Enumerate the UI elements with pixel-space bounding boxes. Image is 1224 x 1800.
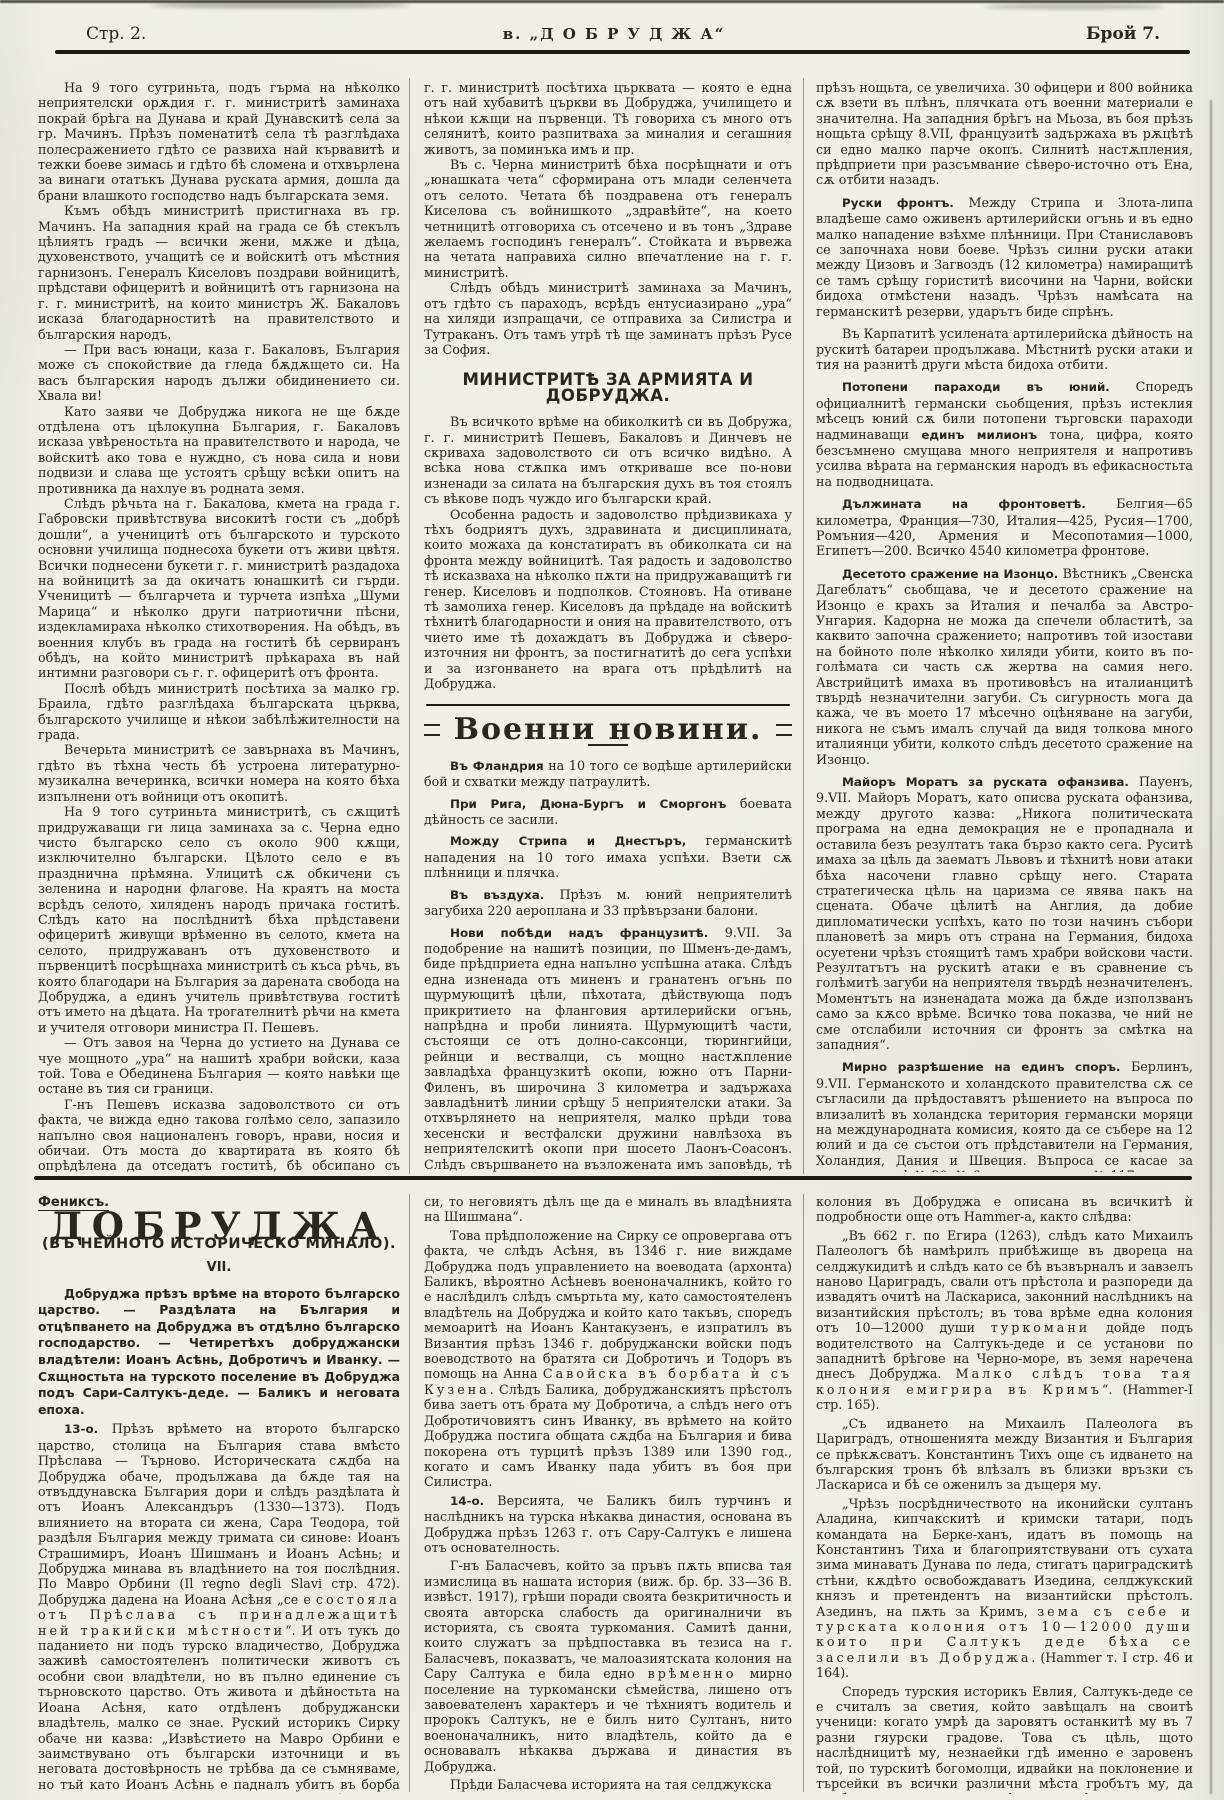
letterspaced-text: состояла отъ Прѣслава съ принадлежащитѣ …: [38, 1592, 400, 1638]
paragraph: При Рига, Дюна-Бургъ и Сморгонъ боевата …: [424, 796, 792, 828]
feuilleton-title: ДОБРУДЖА: [38, 1219, 400, 1234]
section-headline-text: Военни новини.: [454, 722, 763, 737]
paragraph: Въ Фландрия на 10 того се водѣше артилер…: [424, 758, 792, 790]
paragraph-lead: При Рига, Дюна-Бургъ и Сморгонъ: [450, 797, 726, 811]
masthead: Стр. 2. в. „Д О Б Р У Д Ж А“ Брой 7.: [38, 24, 1190, 44]
headline-ornament-left: [424, 724, 440, 736]
feuilleton-column-3: колония въ Добруджа е описана въ всичкит…: [816, 1194, 1193, 1794]
section-headline: Военни новини.: [424, 722, 792, 737]
paragraph: колония въ Добруджа е описана въ всичкит…: [816, 1194, 1193, 1225]
issue-number: Брой 7.: [725, 24, 1190, 44]
paragraph: Послѣ обѣдъ министритѣ посѣтиха за малко…: [38, 681, 400, 743]
paragraph: 14-о. Версията, че Баликъ билъ турчинъ и…: [424, 1493, 792, 1556]
newspaper-title: в. „Д О Б Р У Д Ж А“: [503, 25, 726, 43]
paragraph-lead: 14-о.: [450, 1494, 484, 1508]
headline-ornament-right: [776, 724, 792, 736]
paragraph-lead: Можду Стрипа и Днестъръ,: [450, 834, 686, 848]
paragraph: 13-о. Прѣзъ врѣмето на второто българско…: [38, 1421, 400, 1794]
paragraph: „Въ 662 г. по Егира (1263), слѣдъ като М…: [816, 1228, 1193, 1413]
paragraph: „Чрѣзъ посрѣдничеството на иконийски сул…: [816, 1496, 1193, 1681]
letterspaced-text: туркомани: [991, 1320, 1091, 1335]
top-column-3: прѣзъ нощьта, се увеличиха. 30 офицери и…: [816, 80, 1193, 1172]
paragraph: Потопени параходи въ юний. Споредъ офици…: [816, 379, 1193, 489]
paragraph-lead: Въ Фландрия: [450, 759, 544, 773]
newspaper-page: Стр. 2. в. „Д О Б Р У Д Ж А“ Брой 7. На …: [0, 0, 1224, 1800]
paragraph: Майоръ Моратъ за руската офанзива. Пауен…: [816, 774, 1193, 1052]
column-rule: [409, 78, 410, 1174]
paragraph: Въ с. Черна министритѣ бѣха посрѣщнати и…: [424, 157, 792, 280]
paragraph: Г-нъ Пешевъ исказва задоволството си отъ…: [38, 1097, 400, 1172]
top-column-2: г. г. министритѣ посѣтиха църквата — коя…: [424, 80, 792, 1172]
paragraph-lead: Мирно разрѣшение на единъ споръ.: [842, 1060, 1120, 1074]
paragraph: Мирно разрѣшение на единъ споръ. Берлинъ…: [816, 1059, 1193, 1172]
paragraph: „Съ идването на Михаилъ Палеолога въ Цар…: [816, 1416, 1193, 1493]
paragraph: Като заяви че Добруджа никога не ще бѫде…: [38, 404, 400, 496]
paragraph: Особенна радость и задоволство прѣдизвик…: [424, 507, 792, 692]
paragraph: Руски фронтъ. Между Стрипа и Злота-липа …: [816, 195, 1193, 319]
page-number: Стр. 2.: [38, 24, 503, 44]
paragraph: Въ Карпатитѣ усилената артилерийска дѣйн…: [816, 326, 1193, 372]
top-column-1: На 9 того сутриньта, подъ гърма на нѣкол…: [38, 80, 400, 1172]
scan-artifact-smudge: [150, 2, 410, 8]
paragraph-lead: Дължината на фронтоветѣ.: [842, 497, 1086, 511]
scan-artifact-smudge: [984, 4, 1164, 9]
feuilleton-column-1: Фениксъ.ДОБРУДЖА(ВЪ НЕЙНОТО ИСТОРИЧЕСКО …: [38, 1194, 400, 1794]
paragraph: г. г. министритѣ посѣтиха църквата — коя…: [424, 80, 792, 157]
paragraph: Това прѣдположение на Сирку се опроверга…: [424, 1228, 792, 1490]
section-headline-wrap: Военни новини.: [424, 722, 792, 745]
column-rule: [803, 1194, 804, 1792]
bold-inline: единъ милионъ: [921, 428, 1037, 442]
paragraph: си, то неговиятъ дѣлъ ще да е миналъ въ …: [424, 1194, 792, 1225]
paragraph: Въ въздуха. Прѣзъ м. юний неприятелитѣ з…: [424, 887, 792, 919]
paragraph: Въ всичкото врѣме на обиколкитѣ си въ До…: [424, 414, 792, 506]
feuilleton-column-2: си, то неговиятъ дѣлъ ще да е миналъ въ …: [424, 1194, 792, 1794]
paragraph: Вечерьта министритѣ се завърнаха въ Мачи…: [38, 742, 400, 804]
letterspaced-text: врѣменно: [648, 1666, 737, 1681]
paragraph: Нови побѣди надъ французитѣ. 9.VII. За п…: [424, 925, 792, 1173]
paragraph-lead: Нови побѣди надъ французитѣ.: [450, 926, 708, 940]
column-rule: [409, 1194, 410, 1792]
paragraph-lead: Десетото сражение на Изонцо.: [842, 567, 1058, 581]
heavy-rule: [426, 704, 790, 706]
paragraph: — При васъ юнаци, каза г. Бакаловъ, Бълг…: [38, 342, 400, 404]
letterspaced-text: зема съ себе и турската колония отъ 10—1…: [816, 1604, 1193, 1665]
paragraph: Дължината на фронтоветѣ. Белгия—65 килом…: [816, 496, 1193, 559]
feuilleton-subtitle: (ВЪ НЕЙНОТО ИСТОРИЧЕСКО МИНАЛО).: [38, 1237, 400, 1252]
letterspaced-text: Савойска въ борбата ѝ съ Кузена: [424, 1366, 792, 1396]
paragraph: Г-нъ Баласчевъ, който за пръвъ пѫть впис…: [424, 1558, 792, 1774]
section-divider: [34, 1176, 1192, 1180]
paragraph: Десетото сражение на Изонцо. Вѣстникъ „С…: [816, 566, 1193, 767]
column-rule: [803, 78, 804, 1174]
paragraph: прѣзъ нощьта, се увеличиха. 30 офицери и…: [816, 80, 1193, 188]
scan-artifact-right: [1210, 100, 1213, 1794]
paragraph-lead: 13-о.: [64, 1422, 98, 1436]
paragraph: Прѣди Баласчева историята на тая селджук…: [424, 1777, 792, 1792]
paragraph-lead: Майоръ Моратъ за руската офанзива.: [842, 775, 1129, 789]
paragraph: Споредъ турския историкъ Евлия, Салтукъ-…: [816, 1684, 1193, 1794]
letterspaced-text: Малко слѣдъ това тая колония емигрира въ…: [816, 1366, 1193, 1396]
paragraph-lead: Руски фронтъ.: [842, 196, 954, 210]
paragraph: Слѣдъ рѣчьта на г. Бакалова, кмета на гр…: [38, 496, 400, 681]
paragraph-lead: Потопени параходи въ юний.: [842, 380, 1110, 394]
paragraph: Можду Стрипа и Днестъръ, германскитѣ нап…: [424, 833, 792, 880]
chapter-number: VII.: [38, 1260, 400, 1275]
summary-paragraph: Добруджа прѣзъ врѣме на второто българск…: [38, 1286, 400, 1419]
paragraph: Къмъ обѣдъ министритѣ пристигнаха въ гр.…: [38, 203, 400, 342]
paragraph: На 9 того сутриньта, подъ гърма на нѣкол…: [38, 80, 400, 203]
paragraph: — Отъ завоя на Черна до устието на Дунав…: [38, 1035, 400, 1097]
paragraph: Слѣдъ обѣдъ министритѣ заминаха за Мачин…: [424, 280, 792, 357]
paragraph: На 9 того сутриньта министритѣ, съ сѫщит…: [38, 804, 400, 1035]
paragraph-lead: Въ въздуха.: [450, 888, 544, 902]
article-headline: МИНИСТРИТѢ ЗА АРМИЯТА И ДОБРУДЖА.: [424, 372, 792, 403]
masthead-rule: [55, 50, 1190, 54]
